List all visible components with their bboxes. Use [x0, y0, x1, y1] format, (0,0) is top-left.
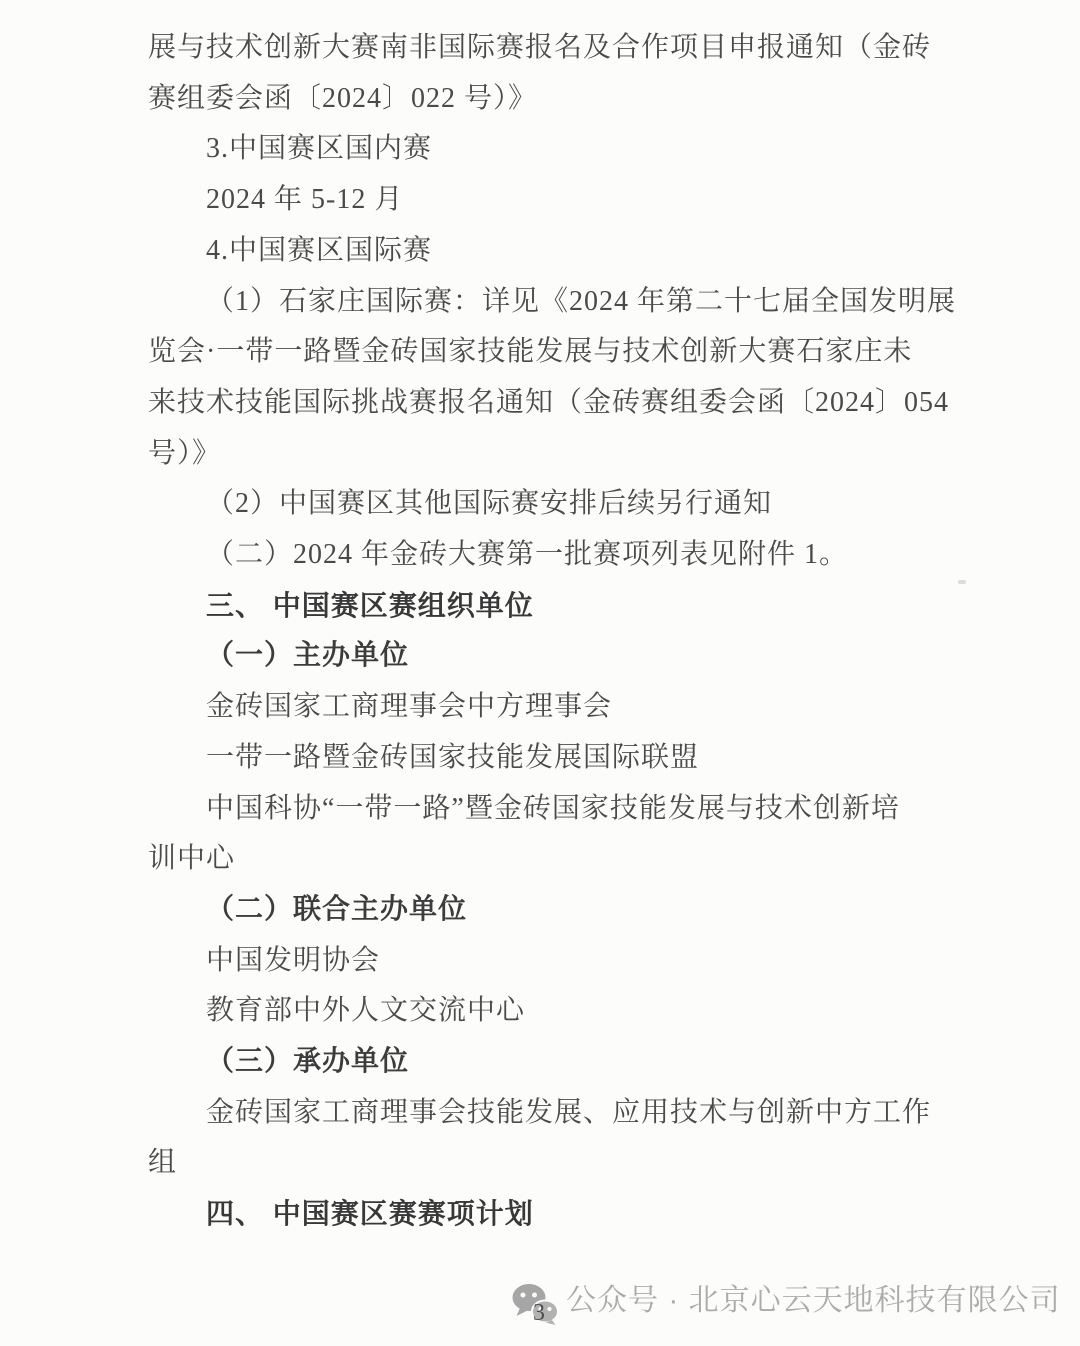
item-other-intl-notice: （2）中国赛区其他国际赛安排后续另行通知	[148, 479, 953, 530]
org-cast-training-center-line: 中国科协“一带一路”暨金砖国家技能发展与技术创新培	[148, 784, 953, 835]
item-shijiazhuang-intl-line: 号）》	[148, 429, 953, 480]
scanned-document-page: { "page": { "number": "3", "background":…	[0, 0, 1080, 1346]
scan-artifact-dot	[958, 580, 966, 584]
page-number: 3	[533, 1300, 545, 1327]
para-notice-continued-line: 赛组委会函〔2024〕022 号）》	[148, 74, 953, 125]
org-belt-road-alliance: 一带一路暨金砖国家技能发展国际联盟	[148, 733, 953, 784]
heading-co-host-unit: （二）联合主办单位	[148, 885, 953, 936]
item-domestic-schedule: 2024 年 5-12 月	[148, 175, 953, 226]
org-moe-exchange-center: 教育部中外人文交流中心	[148, 986, 953, 1037]
para-notice-continued-line: 展与技术创新大赛南非国际赛报名及合作项目申报通知（金砖	[148, 23, 953, 74]
heading-host-unit: （一）主办单位	[148, 631, 953, 682]
org-brics-china-council: 金砖国家工商理事会中方理事会	[148, 682, 953, 733]
footer-brand-label: 公众号 · 北京心云天地科技有限公司	[566, 1284, 1061, 1318]
item-3-domestic-round: 3.中国赛区国内赛	[148, 124, 953, 175]
footer: 3 公众号 · 北京心云天地科技有限公司	[0, 1280, 1080, 1346]
org-cast-training-center-line: 训中心	[148, 834, 953, 885]
item-shijiazhuang-intl-line: 览会·一带一路暨金砖国家技能发展与技术创新大赛石家庄未	[148, 327, 953, 378]
heading-organizer-unit: （三）承办单位	[148, 1037, 953, 1088]
item-shijiazhuang-intl-line: 来技术技能国际挑战赛报名通知（金砖赛组委会函〔2024〕054	[148, 378, 953, 429]
heading-section-four: 四、 中国赛区赛赛项计划	[148, 1189, 953, 1240]
org-china-invention-association: 中国发明协会	[148, 936, 953, 987]
heading-section-three: 三、 中国赛区赛组织单位	[148, 581, 953, 632]
document-body: 展与技术创新大赛南非国际赛报名及合作项目申报通知（金砖 赛组委会函〔2024〕0…	[148, 23, 953, 1240]
org-china-working-group-line: 组	[148, 1138, 953, 1189]
org-china-working-group-line: 金砖国家工商理事会技能发展、应用技术与创新中方工作	[148, 1088, 953, 1139]
item-4-international-round: 4.中国赛区国际赛	[148, 226, 953, 277]
item-event-list-attachment: （二）2024 年金砖大赛第一批赛项列表见附件 1。	[148, 530, 953, 581]
item-shijiazhuang-intl-line: （1）石家庄国际赛：详见《2024 年第二十七届全国发明展	[148, 277, 953, 328]
